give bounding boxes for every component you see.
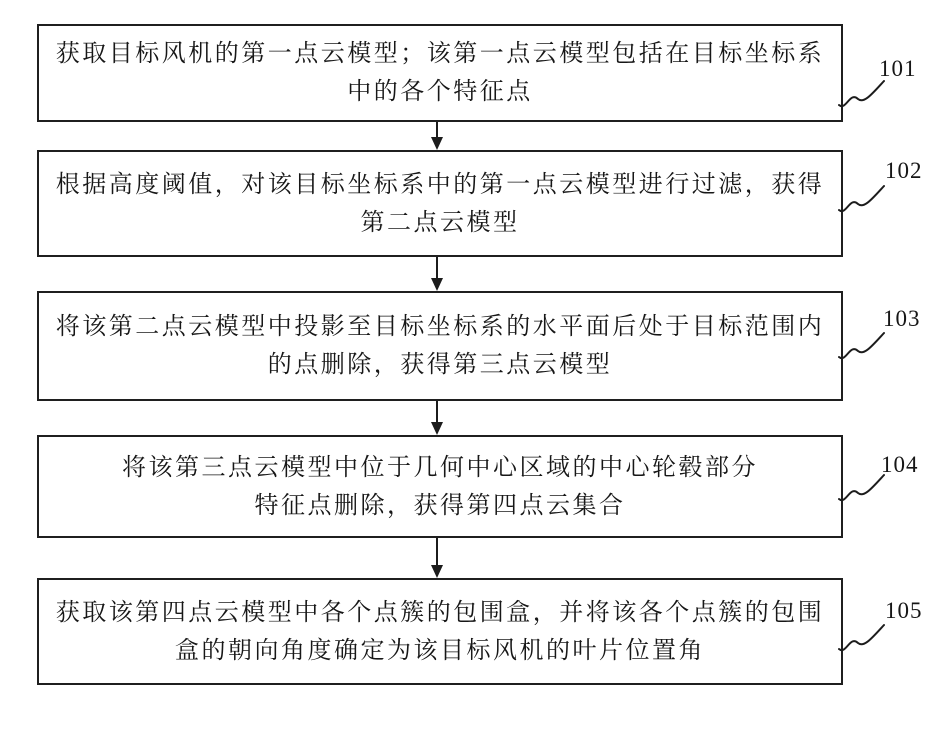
arrow-head (431, 278, 443, 291)
flow-step-box-103: 将该第二点云模型中投影至目标坐标系的水平面后处于目标范围内 的点删除，获得第三点… (37, 291, 843, 401)
step-text-line: 盒的朝向角度确定为该目标风机的叶片位置角 (175, 632, 705, 670)
flow-arrow-down-icon (430, 122, 444, 150)
flow-step-box-101: 获取目标风机的第一点云模型；该第一点云模型包括在目标坐标系 中的各个特征点 (37, 24, 843, 122)
flowchart-figure: 获取目标风机的第一点云模型；该第一点云模型包括在目标坐标系 中的各个特征点 根据… (0, 0, 930, 733)
step-text-line: 获取目标风机的第一点云模型；该第一点云模型包括在目标坐标系 (56, 35, 825, 73)
flow-arrow-down-icon (430, 401, 444, 435)
reference-leader-squiggle-icon (838, 472, 886, 502)
reference-numeral-103: 103 (883, 306, 921, 332)
arrow-stem (436, 257, 438, 278)
flow-step-box-102: 根据高度阈值，对该目标坐标系中的第一点云模型进行过滤，获得 第二点云模型 (37, 150, 843, 257)
reference-numeral-105: 105 (885, 598, 923, 624)
arrow-stem (436, 538, 438, 565)
reference-numeral-104: 104 (881, 452, 919, 478)
step-text-line: 将该第二点云模型中投影至目标坐标系的水平面后处于目标范围内 (56, 308, 825, 346)
flow-step-box-105: 获取该第四点云模型中各个点簇的包围盒，并将该各个点簇的包围 盒的朝向角度确定为该… (37, 578, 843, 685)
step-text-line: 将该第三点云模型中位于几何中心区域的中心轮毂部分 (122, 449, 758, 487)
reference-leader-squiggle-icon (838, 78, 886, 108)
step-text-line: 中的各个特征点 (347, 73, 533, 111)
step-text-line: 获取该第四点云模型中各个点簇的包围盒，并将该各个点簇的包围 (56, 594, 825, 632)
arrow-head (431, 565, 443, 578)
reference-numeral-102: 102 (885, 158, 923, 184)
arrow-stem (436, 122, 438, 137)
reference-leader-squiggle-icon (838, 622, 886, 652)
reference-leader-squiggle-icon (838, 330, 886, 360)
step-text-line: 的点删除，获得第三点云模型 (268, 346, 613, 384)
step-text-line: 第二点云模型 (361, 204, 520, 242)
step-text-line: 特征点删除，获得第四点云集合 (255, 487, 626, 525)
reference-leader-squiggle-icon (838, 183, 886, 213)
flow-arrow-down-icon (430, 538, 444, 578)
step-text-line: 根据高度阈值，对该目标坐标系中的第一点云模型进行过滤，获得 (56, 166, 825, 204)
arrow-stem (436, 401, 438, 422)
reference-numeral-101: 101 (879, 56, 917, 82)
flow-step-box-104: 将该第三点云模型中位于几何中心区域的中心轮毂部分 特征点删除，获得第四点云集合 (37, 435, 843, 538)
arrow-head (431, 422, 443, 435)
arrow-head (431, 137, 443, 150)
flow-arrow-down-icon (430, 257, 444, 291)
